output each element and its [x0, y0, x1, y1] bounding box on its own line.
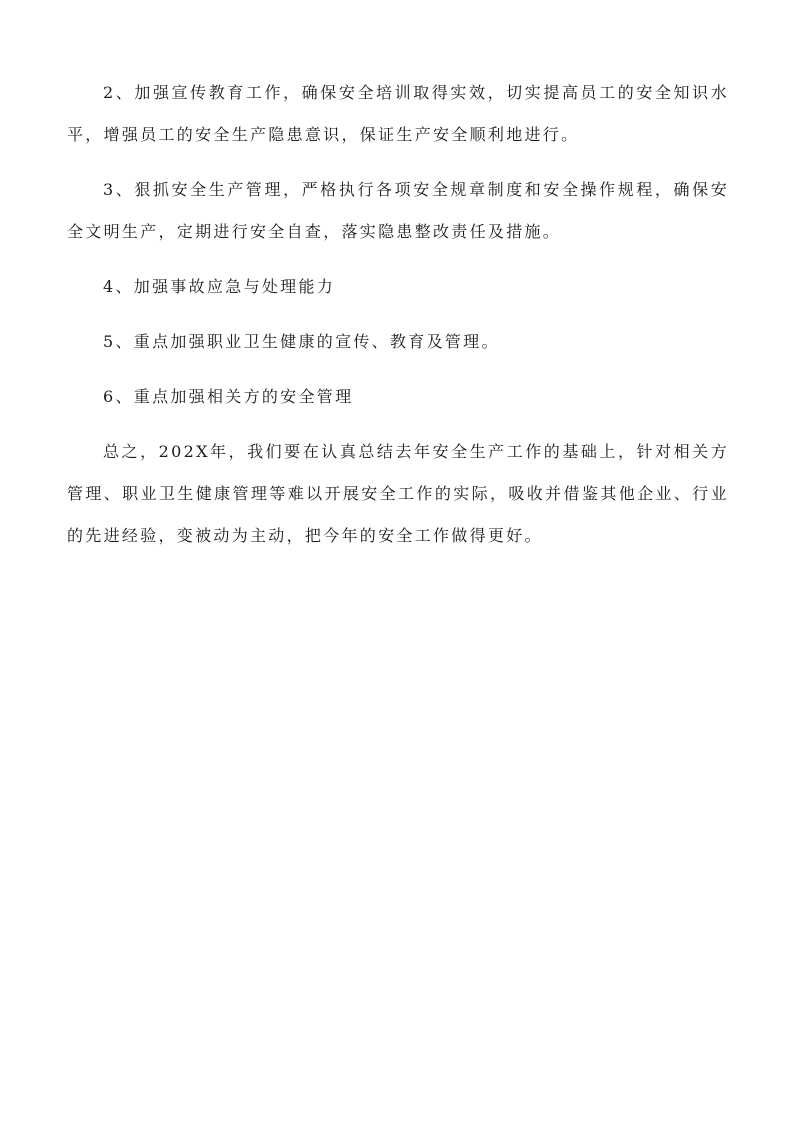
paragraph-item-2: 2、加强宣传教育工作，确保安全培训取得实效，切实提高员工的安全知识水平，增强员工… — [67, 72, 729, 156]
paragraph-item-4: 4、加强事故应急与处理能力 — [67, 266, 729, 308]
document-page: 2、加强宣传教育工作，确保安全培训取得实效，切实提高员工的安全知识水平，增强员工… — [67, 72, 729, 570]
paragraph-item-3: 3、狠抓安全生产管理，严格执行各项安全规章制度和安全操作规程，确保安全文明生产，… — [67, 169, 729, 253]
conclusion-paragraph: 总之，202X年，我们要在认真总结去年安全生产工作的基础上，针对相关方管理、职业… — [67, 431, 729, 557]
paragraph-item-5: 5、重点加强职业卫生健康的宣传、教育及管理。 — [67, 321, 729, 363]
paragraph-item-6: 6、重点加强相关方的安全管理 — [67, 376, 729, 418]
